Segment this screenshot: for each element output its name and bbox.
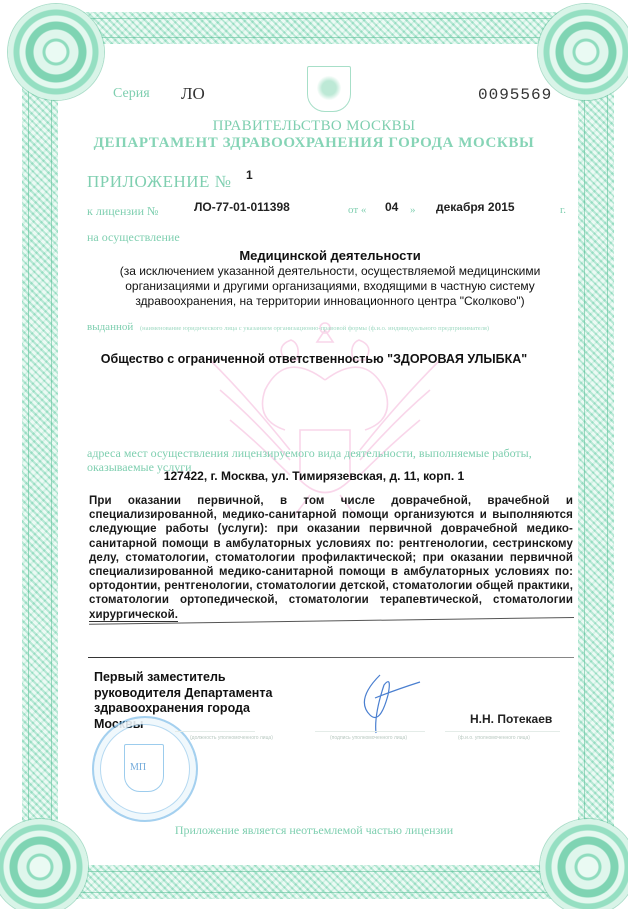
- handwritten-signature-icon: [350, 660, 430, 740]
- border-right: [578, 40, 614, 869]
- position-line: Первый заместитель: [94, 670, 272, 686]
- series-value: ЛО: [181, 84, 205, 104]
- services-text: При оказании первичной, в том числе довр…: [89, 494, 573, 622]
- services-main: При оказании первичной, в том числе довр…: [89, 495, 573, 606]
- activity-description: (за исключением указанной деятельности, …: [80, 264, 580, 309]
- address-value: 127422, г. Москва, ул. Тимирязевская, д.…: [0, 469, 628, 483]
- services-end: хирургической.: [89, 609, 178, 622]
- document-number: 0095569: [478, 86, 552, 104]
- separator-line: [88, 657, 574, 658]
- double-headed-eagle-watermark-icon: [190, 320, 460, 520]
- license-month-year: декабря 2015: [436, 200, 515, 214]
- border-bottom: [40, 865, 588, 899]
- caption-name: (ф.и.о. уполномоченного лица): [458, 735, 530, 741]
- corner-rosette-icon: [8, 4, 104, 100]
- caption-position: (должность уполномоченного лица): [190, 735, 273, 741]
- issued-to-row: выданной (наименование юридического лица…: [87, 321, 489, 333]
- series-label: Серия: [113, 86, 150, 102]
- stamp-mp-label: МП: [130, 762, 146, 773]
- activity-label: на осуществление: [87, 230, 180, 245]
- activity-block: Медицинской деятельности (за исключением…: [80, 248, 580, 309]
- border-top: [40, 12, 588, 44]
- caption-signature: (подпись уполномоченного лица): [330, 735, 407, 741]
- appendix-number: 1: [246, 168, 253, 182]
- year-suffix: г.: [560, 204, 566, 216]
- license-label: к лицензии №: [87, 204, 158, 219]
- issued-to-label: выданной: [87, 321, 133, 333]
- date-quote-close: »: [410, 204, 416, 216]
- issued-to-hint: (наименование юридического лица с указан…: [140, 325, 489, 332]
- license-number: ЛО-77-01-011398: [194, 200, 290, 214]
- company-name: Общество с ограниченной ответственностью…: [0, 352, 628, 366]
- position-line: здравоохранения города: [94, 701, 272, 717]
- signature-caption-line: [315, 731, 425, 732]
- signer-name: Н.Н. Потекаев: [470, 712, 552, 726]
- border-left: [22, 40, 58, 869]
- position-line: руководителя Департамента: [94, 686, 272, 702]
- appendix-label: ПРИЛОЖЕНИЕ №: [87, 172, 231, 192]
- footer-note: Приложение является неотъемлемой частью …: [0, 823, 628, 838]
- activity-title: Медицинской деятельности: [80, 248, 580, 264]
- russian-coat-of-arms-icon: [307, 66, 351, 112]
- department-title: ДЕПАРТАМЕНТ ЗДРАВООХРАНЕНИЯ ГОРОДА МОСКВ…: [0, 135, 628, 152]
- license-day: 04: [385, 200, 398, 214]
- date-prefix: от «: [348, 204, 366, 216]
- position-caption-line: [175, 731, 255, 732]
- government-title: ПРАВИТЕЛЬСТВО МОСКВЫ: [0, 118, 628, 135]
- name-caption-line: [445, 731, 560, 732]
